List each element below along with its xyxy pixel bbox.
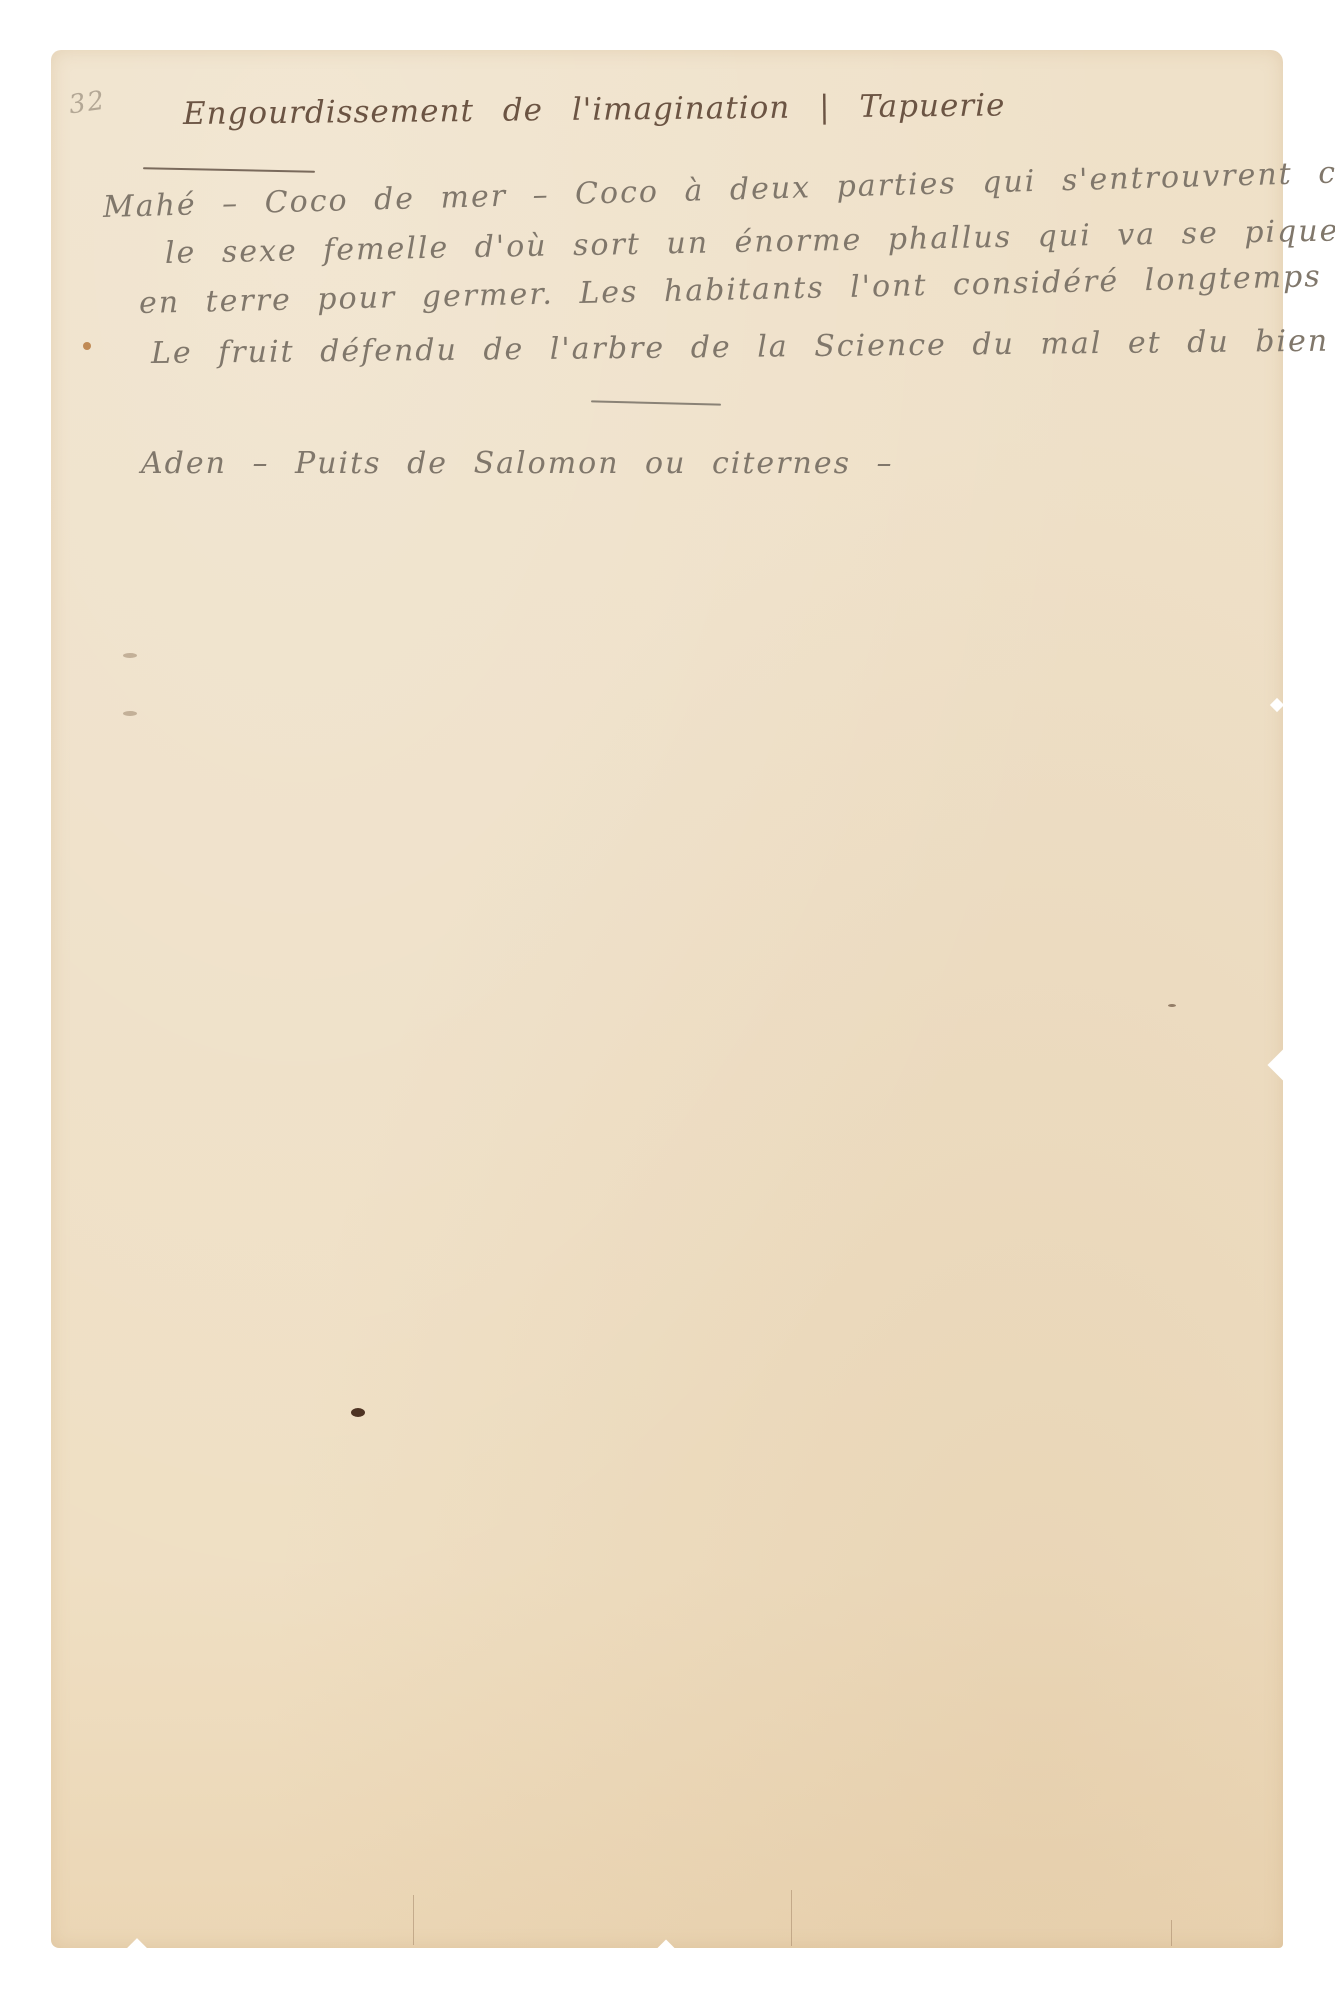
section-divider (591, 400, 721, 405)
text-line-5: Aden – Puits de Salomon ou citernes – (141, 446, 894, 481)
edge-tear (791, 1890, 792, 1946)
edge-tear (413, 1895, 414, 1945)
ink-dot (351, 1408, 365, 1417)
folio-number: 32 (67, 86, 108, 121)
edge-tear (1171, 1920, 1172, 1946)
fleck-mark (1168, 1004, 1176, 1007)
text-line-4: Le fruit défendu de l'arbre de la Scienc… (151, 323, 1335, 371)
manuscript-page: 32 Engourdissement de l'imagination | Ta… (51, 50, 1283, 1948)
page-heading: Engourdissement de l'imagination | Tapue… (183, 87, 1006, 132)
stain-mark (83, 342, 91, 350)
smudge-mark (123, 653, 137, 658)
smudge-mark (123, 711, 137, 716)
heading-underline (143, 167, 315, 173)
text-line-1: Mahé – Coco de mer – Coco à deux parties… (103, 153, 1335, 225)
